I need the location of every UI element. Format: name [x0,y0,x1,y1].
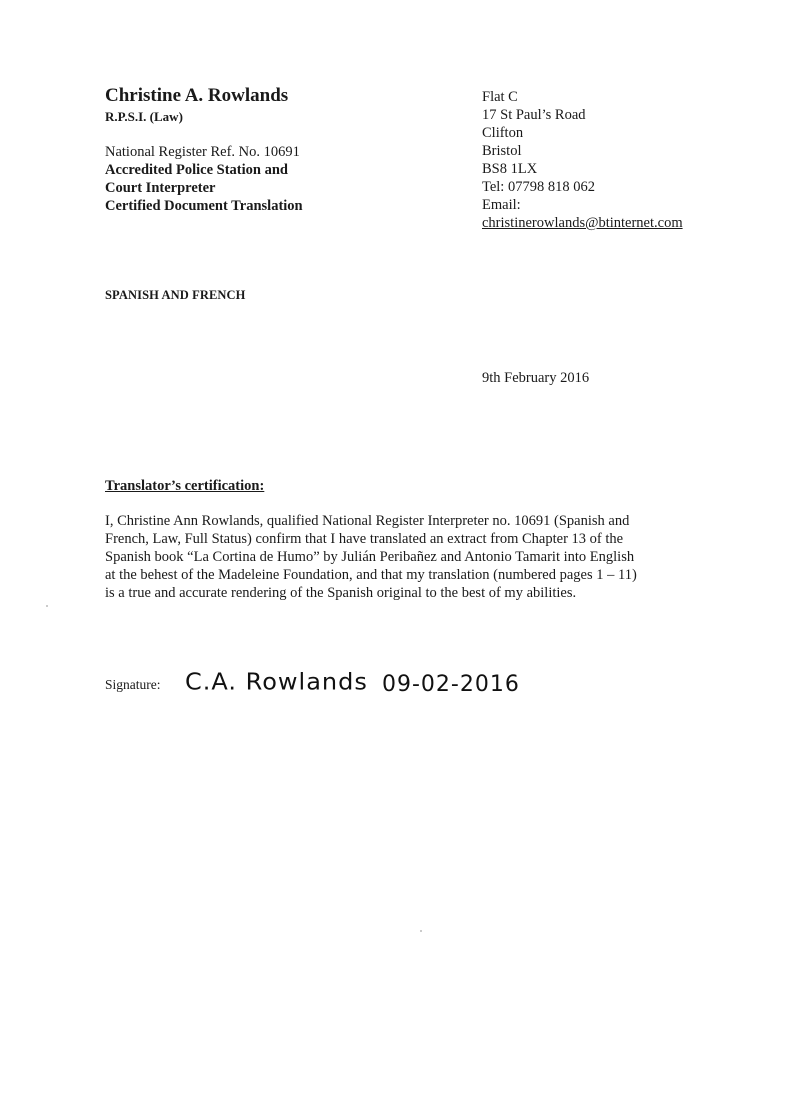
scan-speck [420,930,422,932]
address-line: Bristol [482,142,683,160]
certification-body: I, Christine Ann Rowlands, qualified Nat… [105,512,705,602]
handwritten-date: 09-02-2016 [382,672,520,697]
letter-date: 9th February 2016 [482,370,589,387]
author-name: Christine A. Rowlands [105,84,288,108]
handwritten-signature: C.A. Rowlands [185,669,368,696]
address-line: BS8 1LX [482,160,683,178]
scan-speck [46,605,48,607]
address-block: Flat C 17 St Paul’s Road Clifton Bristol… [482,88,683,232]
signature-label: Signature: [105,677,161,693]
body-line: Spanish book “La Cortina de Humo” by Jul… [105,548,705,566]
certification-title: Translator’s certification: [105,478,264,495]
credential-line: Accredited Police Station and [105,161,303,179]
email-label: Email: [482,196,683,214]
telephone: Tel: 07798 818 062 [482,178,683,196]
email-link[interactable]: christinerowlands@btinternet.com [482,215,683,231]
body-line: I, Christine Ann Rowlands, qualified Nat… [105,512,705,530]
body-line: at the behest of the Madeleine Foundatio… [105,566,705,584]
address-line: Flat C [482,88,683,106]
body-line: French, Law, Full Status) confirm that I… [105,530,705,548]
qualification: R.P.S.I. (Law) [105,109,183,125]
credential-line: Certified Document Translation [105,197,303,215]
credential-line: Court Interpreter [105,179,303,197]
credentials-block: National Register Ref. No. 10691 Accredi… [105,143,303,215]
languages-heading: SPANISH AND FRENCH [105,288,245,303]
register-ref: National Register Ref. No. 10691 [105,143,303,161]
body-line: is a true and accurate rendering of the … [105,584,705,602]
address-line: 17 St Paul’s Road [482,106,683,124]
address-line: Clifton [482,124,683,142]
